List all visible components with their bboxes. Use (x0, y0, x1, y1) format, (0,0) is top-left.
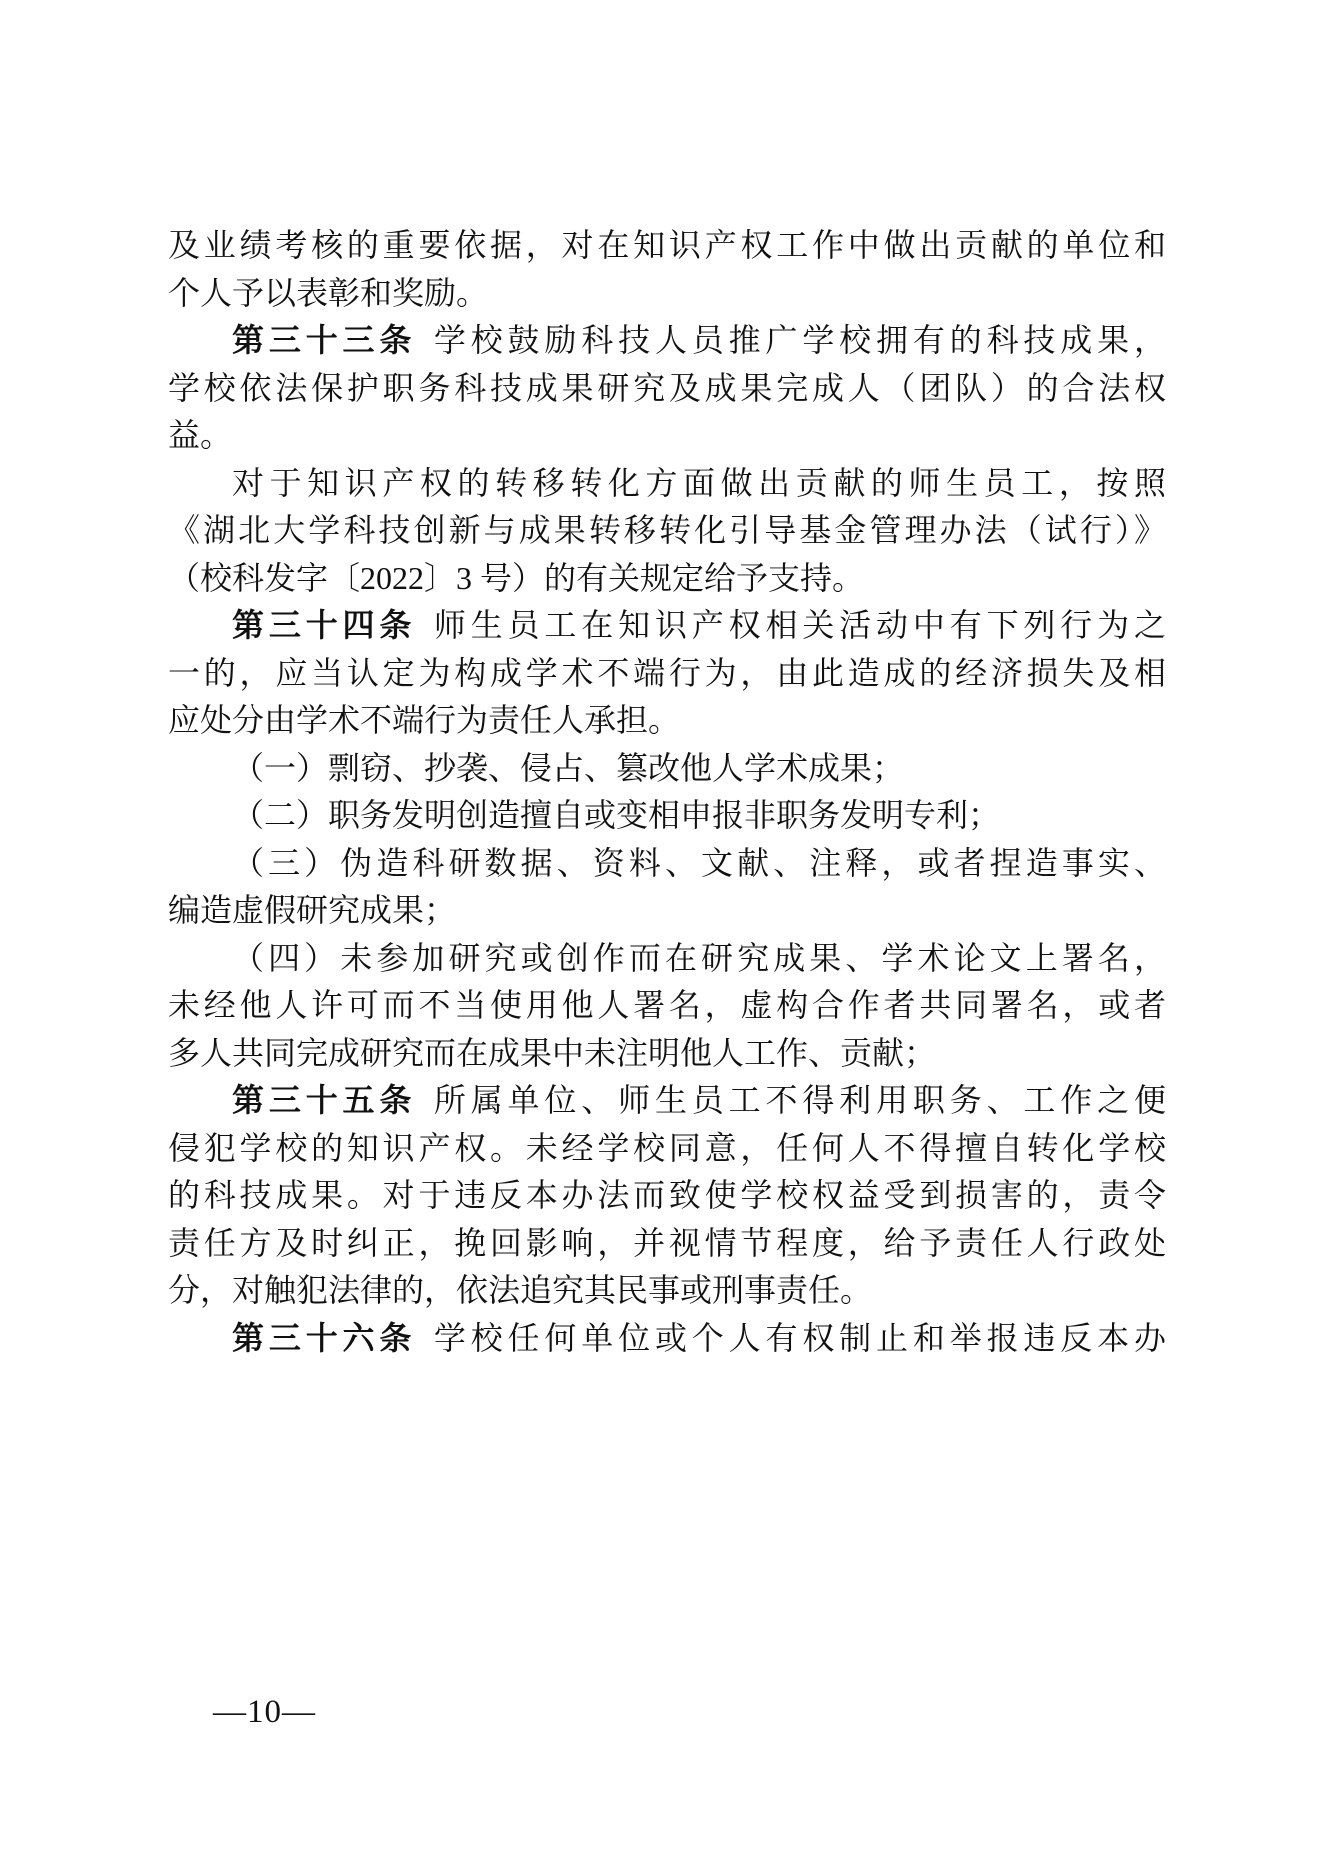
text-line: 益。 (168, 412, 1166, 460)
article-heading-line: 第三十四条师生员工在知识产权相关活动中有下列行为之 (168, 602, 1166, 650)
line-text: 编造虚假研究成果； (168, 892, 456, 928)
text-line: 对于知识产权的转移转化方面做出贡献的师生员工，按照 (168, 460, 1166, 508)
text-line: （校科发字〔2022〕3 号）的有关规定给予支持。 (168, 555, 1166, 603)
line-text: 益。 (168, 417, 232, 453)
article-number: 第三十四条 (232, 607, 416, 643)
text-line: 一的，应当认定为构成学术不端行为，由此造成的经济损失及相 (168, 650, 1166, 698)
text-line: （二）职务发明创造擅自或变相申报非职务发明专利； (168, 792, 1166, 840)
page-number: —10— (213, 1692, 316, 1732)
text-line: 学校依法保护职务科技成果研究及成果完成人（团队）的合法权 (168, 365, 1166, 413)
document-body: 及业绩考核的重要依据，对在知识产权工作中做出贡献的单位和个人予以表彰和奖励。第三… (168, 222, 1166, 1362)
line-text: 的科技成果。对于违反本办法而致使学校权益受到损害的，责令 (168, 1177, 1166, 1213)
article-number: 第三十三条 (232, 322, 416, 358)
article-number: 第三十五条 (232, 1082, 416, 1118)
line-text: （二）职务发明创造擅自或变相申报非职务发明专利； (232, 797, 1000, 833)
line-text: 学校依法保护职务科技成果研究及成果完成人（团队）的合法权 (168, 370, 1166, 406)
line-text: （校科发字〔2022〕3 号）的有关规定给予支持。 (168, 560, 864, 596)
line-text: 学校任何单位或个人有权制止和举报违反本办 (434, 1320, 1166, 1356)
line-text: 对于知识产权的转移转化方面做出贡献的师生员工，按照 (232, 465, 1166, 501)
text-line: 多人共同完成研究而在成果中未注明他人工作、贡献； (168, 1030, 1166, 1078)
line-text: 一的，应当认定为构成学术不端行为，由此造成的经济损失及相 (168, 655, 1166, 691)
line-text: 侵犯学校的知识产权。未经学校同意，任何人不得擅自转化学校 (168, 1130, 1166, 1166)
line-text: （一）剽窃、抄袭、侵占、篡改他人学术成果； (232, 750, 904, 786)
text-line: 侵犯学校的知识产权。未经学校同意，任何人不得擅自转化学校 (168, 1125, 1166, 1173)
line-text: 师生员工在知识产权相关活动中有下列行为之 (434, 607, 1166, 643)
article-heading-line: 第三十六条学校任何单位或个人有权制止和举报违反本办 (168, 1315, 1166, 1363)
text-line: （四）未参加研究或创作而在研究成果、学术论文上署名， (168, 935, 1166, 983)
text-line: 编造虚假研究成果； (168, 887, 1166, 935)
article-heading-line: 第三十五条所属单位、师生员工不得利用职务、工作之便 (168, 1077, 1166, 1125)
line-text: 应处分由学术不端行为责任人承担。 (168, 702, 680, 738)
text-line: 的科技成果。对于违反本办法而致使学校权益受到损害的，责令 (168, 1172, 1166, 1220)
line-text: 分，对触犯法律的，依法追究其民事或刑事责任。 (168, 1272, 872, 1308)
text-line: （一）剽窃、抄袭、侵占、篡改他人学术成果； (168, 745, 1166, 793)
text-line: 应处分由学术不端行为责任人承担。 (168, 697, 1166, 745)
text-line: 未经他人许可而不当使用他人署名，虚构合作者共同署名，或者 (168, 982, 1166, 1030)
line-text: 多人共同完成研究而在成果中未注明他人工作、贡献； (168, 1035, 936, 1071)
text-line: 及业绩考核的重要依据，对在知识产权工作中做出贡献的单位和 (168, 222, 1166, 270)
text-line: 个人予以表彰和奖励。 (168, 270, 1166, 318)
document-page: 及业绩考核的重要依据，对在知识产权工作中做出贡献的单位和个人予以表彰和奖励。第三… (0, 0, 1323, 1871)
article-heading-line: 第三十三条学校鼓励科技人员推广学校拥有的科技成果， (168, 317, 1166, 365)
text-line: 《湖北大学科技创新与成果转移转化引导基金管理办法（试行）》 (168, 507, 1166, 555)
text-line: 责任方及时纠正，挽回影响，并视情节程度，给予责任人行政处 (168, 1220, 1166, 1268)
line-text: 学校鼓励科技人员推广学校拥有的科技成果， (434, 322, 1166, 358)
line-text: 所属单位、师生员工不得利用职务、工作之便 (434, 1082, 1166, 1118)
line-text: 及业绩考核的重要依据，对在知识产权工作中做出贡献的单位和 (168, 227, 1166, 263)
line-text: 个人予以表彰和奖励。 (168, 275, 488, 311)
line-text: 未经他人许可而不当使用他人署名，虚构合作者共同署名，或者 (168, 987, 1166, 1023)
line-text: （四）未参加研究或创作而在研究成果、学术论文上署名， (232, 940, 1166, 976)
article-number: 第三十六条 (232, 1320, 416, 1356)
line-text: （三）伪造科研数据、资料、文献、注释，或者捏造事实、 (232, 845, 1166, 881)
text-line: 分，对触犯法律的，依法追究其民事或刑事责任。 (168, 1267, 1166, 1315)
line-text: 《湖北大学科技创新与成果转移转化引导基金管理办法（试行）》 (168, 512, 1166, 548)
line-text: 责任方及时纠正，挽回影响，并视情节程度，给予责任人行政处 (168, 1225, 1166, 1261)
text-line: （三）伪造科研数据、资料、文献、注释，或者捏造事实、 (168, 840, 1166, 888)
